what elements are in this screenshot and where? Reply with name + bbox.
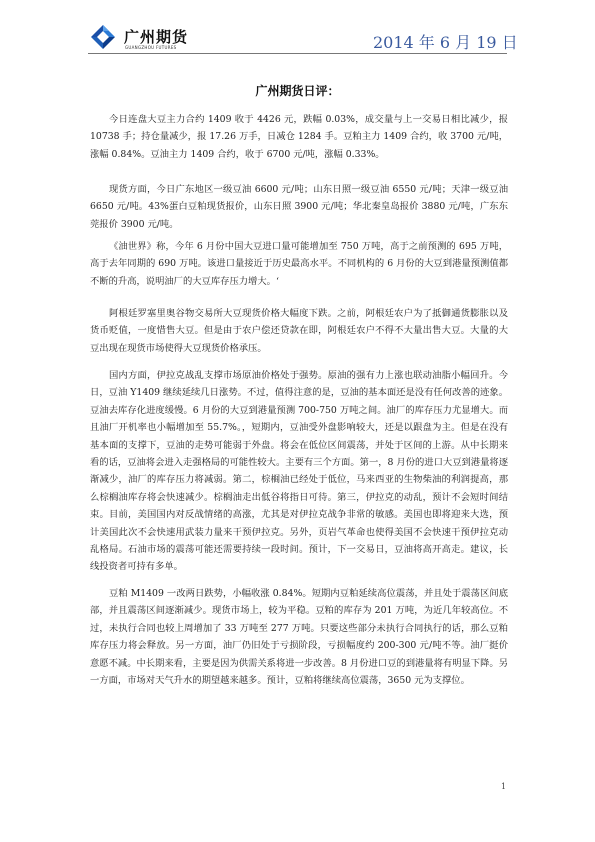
paragraph-domestic-soyoil: 国内方面，伊拉克战乱支撑市场原油价格处于强势。原油的强有力上涨也联动油脂小幅回升…	[90, 367, 508, 576]
brand-name-en: GUANGZHOU FUTURES	[125, 45, 177, 50]
paragraph-soymeal: 豆粕 M1409 一改两日跌势，小幅收涨 0.84%。短期内豆粕延续高位震荡，并…	[90, 585, 508, 689]
paragraph-spot-prices: 现货方面，今日广东地区一级豆油 6600 元/吨；山东日照一级豆油 6550 元…	[90, 181, 508, 233]
document-title: 广州期货日评：	[0, 82, 595, 99]
guangzhou-futures-logo-icon	[90, 24, 116, 50]
paragraph-oil-world: 《油世界》称，今年 6 月份中国大豆进口量可能增加至 750 万吨，高于之前预测…	[90, 238, 508, 290]
page-number: 1	[501, 782, 506, 791]
header-divider	[88, 53, 507, 54]
brand-name-cn: 广州期货	[124, 26, 188, 47]
paragraph-argentina: 阿根廷罗塞里奥谷物交易所大豆现货价格大幅度下跌。之前，阿根廷农户为了抵御通货膨胀…	[90, 305, 508, 357]
report-date: 2014 年 6 月 19 日	[373, 30, 518, 53]
paragraph-market-close: 今日连盘大豆主力合约 1409 收于 4426 元，跌幅 0.03%，成交量与上…	[90, 111, 508, 163]
